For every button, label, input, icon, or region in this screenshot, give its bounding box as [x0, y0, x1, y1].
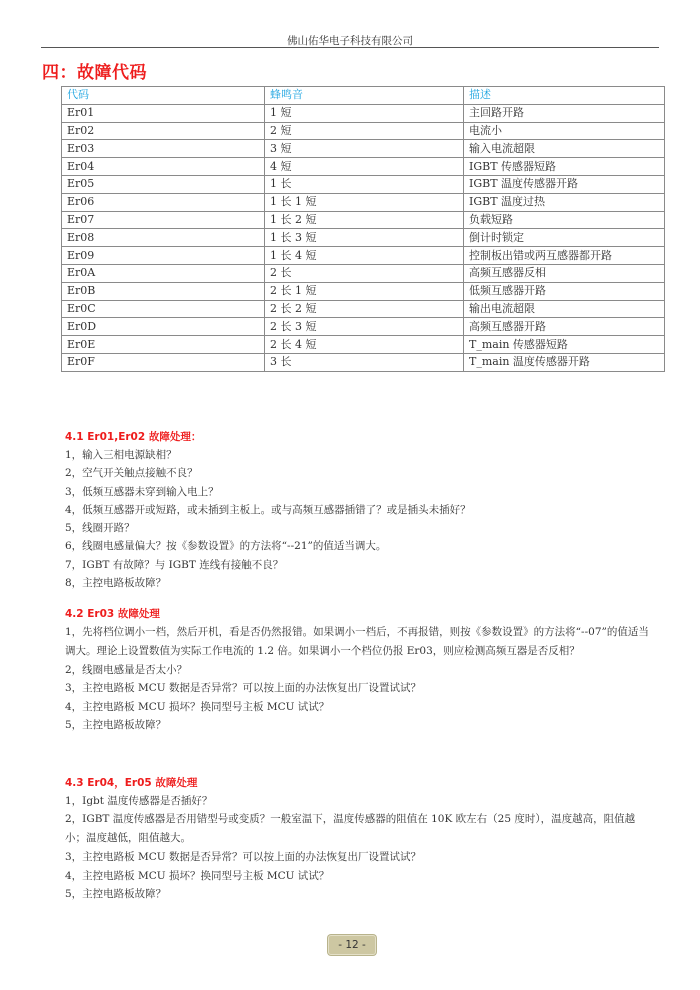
- cell-description: IGBT 传感器短路: [464, 158, 665, 176]
- cell-beep: 1 长 4 短: [265, 247, 464, 265]
- page-header-company: 佛山佑华电子科技有限公司: [41, 33, 659, 48]
- list-item: 5，主控电路板故障？: [65, 716, 655, 734]
- cell-description: 主回路开路: [464, 104, 665, 122]
- cell-code: Er04: [62, 158, 265, 176]
- cell-beep: 2 长 3 短: [265, 318, 464, 336]
- cell-code: Er03: [62, 140, 265, 158]
- cell-description: T_main 温度传感器开路: [464, 353, 665, 371]
- cell-code: Er0E: [62, 336, 265, 354]
- cell-code: Er08: [62, 229, 265, 247]
- cell-beep: 1 长 2 短: [265, 211, 464, 229]
- cell-description: IGBT 温度过热: [464, 193, 665, 211]
- list-item: 8，主控电路板故障？: [65, 574, 655, 592]
- subsection-4-2: 4.2 Er03 故障处理 1，先将档位调小一档，然后开机，看是否仍然报错。如果…: [65, 605, 655, 734]
- cell-code: Er0F: [62, 353, 265, 371]
- cell-description: IGBT 温度传感器开路: [464, 175, 665, 193]
- column-header-description: 描述: [464, 87, 665, 105]
- column-header-beep: 蜂鸣音: [265, 87, 464, 105]
- table-row: Er0D2 长 3 短高频互感器开路: [62, 318, 665, 336]
- cell-beep: 1 长 1 短: [265, 193, 464, 211]
- table-row: Er0F3 长T_main 温度传感器开路: [62, 353, 665, 371]
- table-row: Er011 短主回路开路: [62, 104, 665, 122]
- list-item: 6，线圈电感量偏大？按《参数设置》的方法将“--21”的值适当调大。: [65, 537, 655, 555]
- cell-description: T_main 传感器短路: [464, 336, 665, 354]
- section-title: 四：故障代码: [42, 58, 147, 83]
- cell-code: Er0C: [62, 300, 265, 318]
- cell-beep: 3 长: [265, 353, 464, 371]
- cell-code: Er07: [62, 211, 265, 229]
- cell-beep: 1 短: [265, 104, 464, 122]
- page-number-badge: - 12 -: [328, 935, 376, 955]
- list-item: 4，主控电路板 MCU 损坏？换同型号主板 MCU 试试？: [65, 698, 655, 716]
- list-item: 2，IGBT 温度传感器是否用错型号或变质？一般室温下，温度传感器的阻值在 10…: [65, 810, 655, 848]
- cell-code: Er09: [62, 247, 265, 265]
- list-item: 7，IGBT 有故障？与 IGBT 连线有接触不良？: [65, 556, 655, 574]
- cell-code: Er0D: [62, 318, 265, 336]
- list-item: 2，线圈电感量是否太小？: [65, 661, 655, 679]
- table-row: Er091 长 4 短控制板出错或两互感器都开路: [62, 247, 665, 265]
- subsection-4-3: 4.3 Er04，Er05 故障处理 1，Igbt 温度传感器是否插好？ 2，I…: [65, 774, 655, 903]
- cell-description: 高频互感器反相: [464, 264, 665, 282]
- cell-description: 输入电流超限: [464, 140, 665, 158]
- cell-code: Er05: [62, 175, 265, 193]
- list-item: 1，Igbt 温度传感器是否插好？: [65, 792, 655, 810]
- cell-code: Er06: [62, 193, 265, 211]
- cell-description: 负载短路: [464, 211, 665, 229]
- cell-beep: 2 长 2 短: [265, 300, 464, 318]
- table-row: Er0A2 长高频互感器反相: [62, 264, 665, 282]
- list-item: 5，线圈开路？: [65, 519, 655, 537]
- cell-beep: 1 长 3 短: [265, 229, 464, 247]
- table-row: Er0B2 长 1 短低频互感器开路: [62, 282, 665, 300]
- cell-beep: 3 短: [265, 140, 464, 158]
- cell-description: 低频互感器开路: [464, 282, 665, 300]
- cell-description: 高频互感器开路: [464, 318, 665, 336]
- column-header-code: 代码: [62, 87, 265, 105]
- subsection-title: 4.1 Er01,Er02 故障处理：: [65, 428, 655, 446]
- table-row: Er044 短IGBT 传感器短路: [62, 158, 665, 176]
- table-row: Er022 短电流小: [62, 122, 665, 140]
- subsection-title: 4.3 Er04，Er05 故障处理: [65, 774, 655, 792]
- table-row: Er0C2 长 2 短输出电流超限: [62, 300, 665, 318]
- list-item: 2，空气开关触点接触不良？: [65, 464, 655, 482]
- table-row: Er033 短输入电流超限: [62, 140, 665, 158]
- cell-description: 输出电流超限: [464, 300, 665, 318]
- cell-code: Er02: [62, 122, 265, 140]
- list-item: 3，主控电路板 MCU 数据是否异常？可以按上面的办法恢复出厂设置试试？: [65, 679, 655, 697]
- cell-beep: 4 短: [265, 158, 464, 176]
- list-item: 1，输入三相电源缺相？: [65, 446, 655, 464]
- cell-beep: 2 长 1 短: [265, 282, 464, 300]
- table-row: Er081 长 3 短倒计时锁定: [62, 229, 665, 247]
- header-divider: [41, 47, 659, 48]
- cell-description: 控制板出错或两互感器都开路: [464, 247, 665, 265]
- cell-beep: 1 长: [265, 175, 464, 193]
- list-item: 1，先将档位调小一档，然后开机，看是否仍然报错。如果调小一档后，不再报错，则按《…: [65, 623, 655, 661]
- subsection-title: 4.2 Er03 故障处理: [65, 605, 655, 623]
- cell-description: 倒计时锁定: [464, 229, 665, 247]
- table-row: Er051 长IGBT 温度传感器开路: [62, 175, 665, 193]
- table-row: Er071 长 2 短负载短路: [62, 211, 665, 229]
- cell-code: Er0A: [62, 264, 265, 282]
- subsection-4-1: 4.1 Er01,Er02 故障处理： 1，输入三相电源缺相？ 2，空气开关触点…: [65, 428, 655, 592]
- list-item: 3，主控电路板 MCU 数据是否异常？可以按上面的办法恢复出厂设置试试？: [65, 848, 655, 866]
- cell-beep: 2 长: [265, 264, 464, 282]
- cell-beep: 2 长 4 短: [265, 336, 464, 354]
- table-header-row: 代码 蜂鸣音 描述: [62, 87, 665, 105]
- cell-code: Er01: [62, 104, 265, 122]
- cell-description: 电流小: [464, 122, 665, 140]
- cell-code: Er0B: [62, 282, 265, 300]
- list-item: 4，主控电路板 MCU 损坏？换同型号主板 MCU 试试？: [65, 867, 655, 885]
- cell-beep: 2 短: [265, 122, 464, 140]
- table-row: Er061 长 1 短IGBT 温度过热: [62, 193, 665, 211]
- list-item: 3，低频互感器未穿到输入电上？: [65, 483, 655, 501]
- fault-code-table: 代码 蜂鸣音 描述 Er011 短主回路开路 Er022 短电流小 Er033 …: [61, 86, 665, 372]
- table-row: Er0E2 长 4 短T_main 传感器短路: [62, 336, 665, 354]
- list-item: 5，主控电路板故障？: [65, 885, 655, 903]
- list-item: 4，低频互感器开或短路，或未插到主板上。或与高频互感器插错了？或是插头未插好？: [65, 501, 655, 519]
